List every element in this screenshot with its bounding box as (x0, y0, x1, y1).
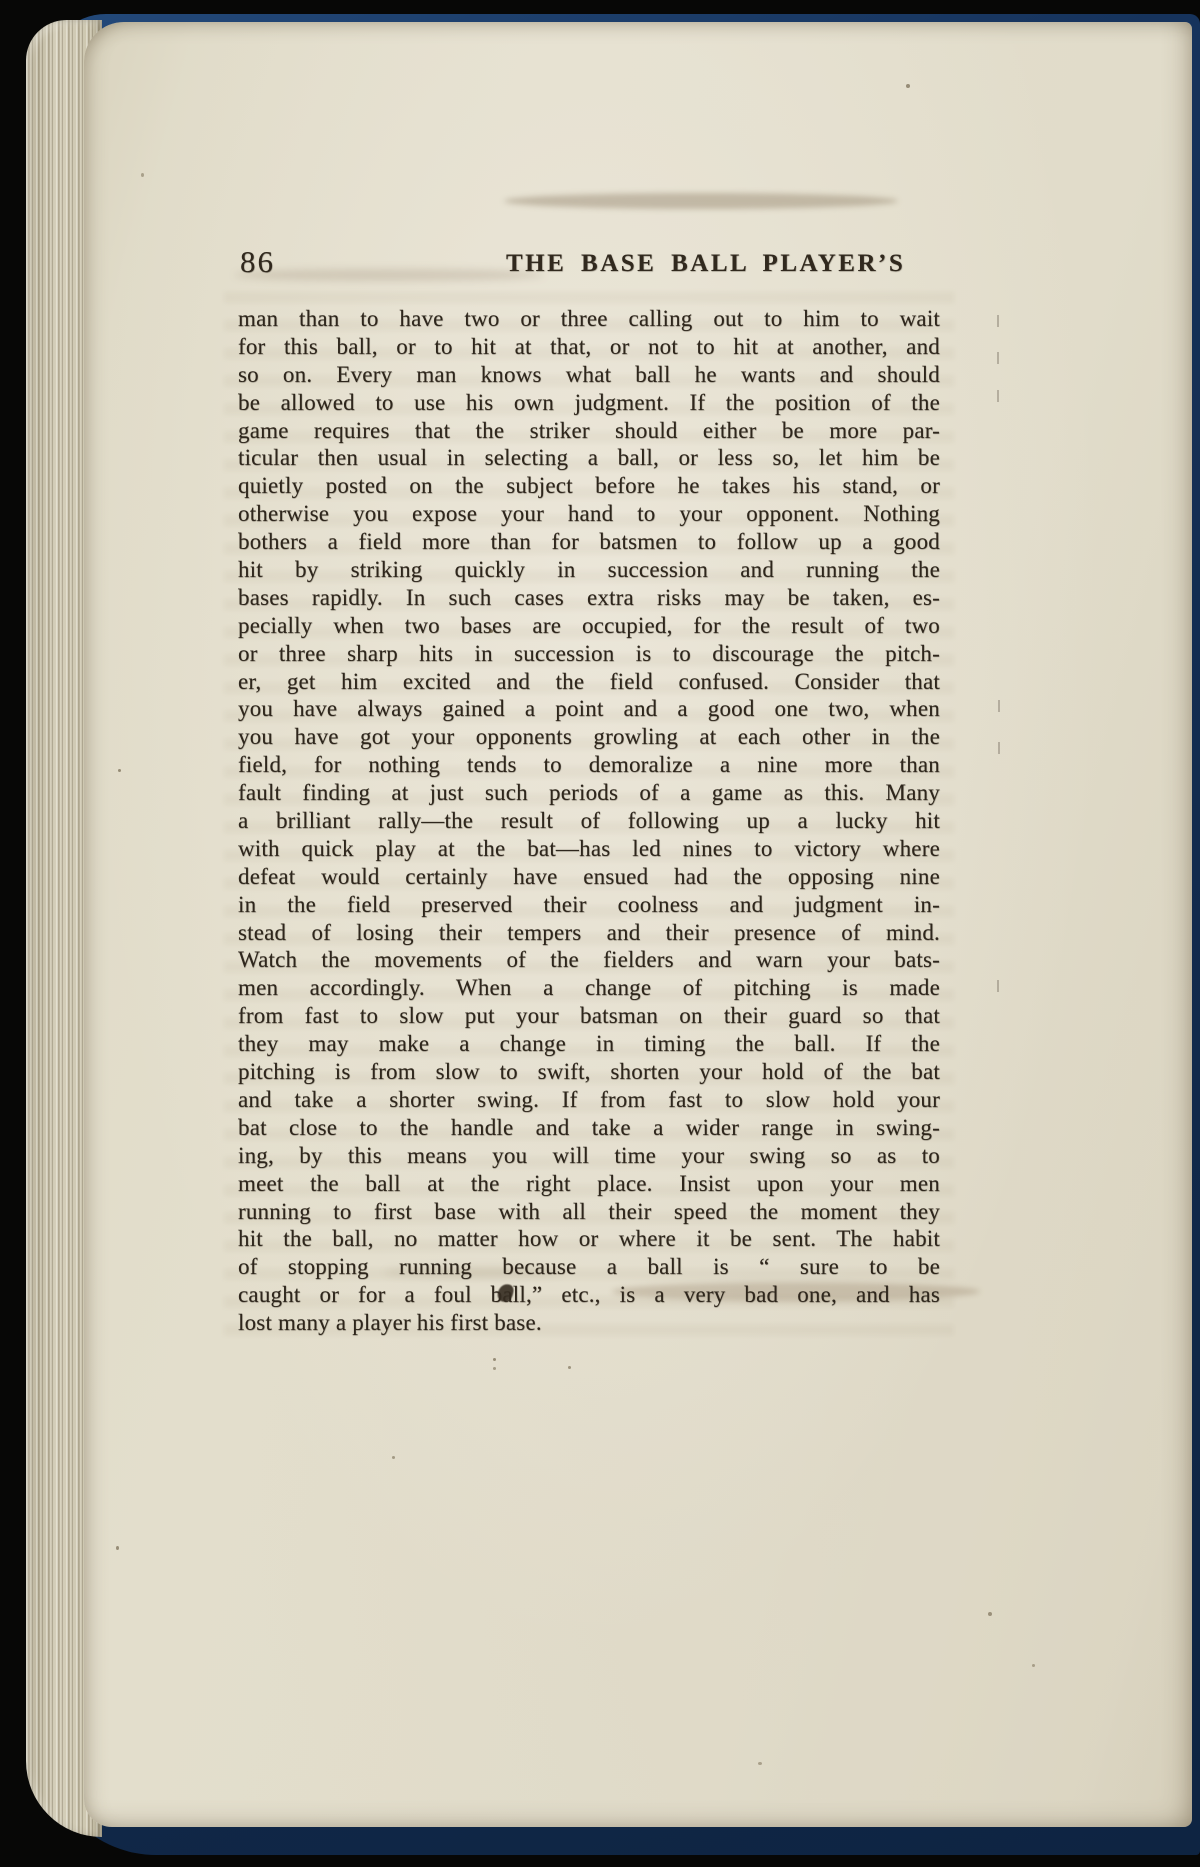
text-line: running to first base with all their spe… (238, 1198, 940, 1226)
margin-mark (997, 980, 999, 992)
smudge (504, 193, 898, 209)
text-line: game requires that the striker should ei… (238, 417, 940, 445)
text-line: bothers a field more than for batsmen to… (238, 528, 940, 556)
text-line: so on. Every man knows what ball he want… (238, 361, 940, 389)
text-line: pecially when two bases are occupied, fo… (238, 612, 940, 640)
paper-speck (493, 1367, 496, 1370)
text-line: of stopping running because a ball is “ … (238, 1253, 940, 1281)
paper-speck (392, 1456, 395, 1459)
text-line: and take a shorter swing. If from fast t… (238, 1086, 940, 1114)
text-line: er, get him excited and the field confus… (238, 668, 940, 696)
text-line: you have always gained a point and a goo… (238, 695, 940, 723)
text-line: in the field preserved their coolness an… (238, 891, 940, 919)
paper-speck (758, 1762, 762, 1765)
text-line: pitching is from slow to swift, shorten … (238, 1058, 940, 1086)
text-line: hit by striking quickly in succession an… (238, 556, 940, 584)
book-photo: 86 THE BASE BALL PLAYER’S man than to ha… (0, 0, 1200, 1867)
text-line: fault finding at just such periods of a … (238, 779, 940, 807)
paper-speck (118, 769, 121, 772)
text-line: meet the ball at the right place. Insist… (238, 1170, 940, 1198)
text-line: from fast to slow put your batsman on th… (238, 1002, 940, 1030)
text-line: a brilliant rally—the result of followin… (238, 807, 940, 835)
text-line: hit the ball, no matter how or where it … (238, 1225, 940, 1253)
paper-speck (489, 629, 493, 633)
margin-mark (997, 390, 999, 402)
text-line: be allowed to use his own judgment. If t… (238, 389, 940, 417)
paper-speck (568, 1366, 571, 1369)
paper-speck (906, 84, 910, 88)
text-line: for this ball, or to hit at that, or not… (238, 333, 940, 361)
text-line: quietly posted on the subject before he … (238, 472, 940, 500)
text-line: you have got your opponents growling at … (238, 723, 940, 751)
book-page: 86 THE BASE BALL PLAYER’S man than to ha… (84, 22, 1192, 1827)
paper-speck (1032, 1664, 1035, 1667)
text-line: men accordingly. When a change of pitchi… (238, 974, 940, 1002)
margin-mark (998, 700, 1000, 712)
text-line: Watch the movements of the fielders and … (238, 946, 940, 974)
text-line: ticular then usual in selecting a ball, … (238, 444, 940, 472)
margin-mark (998, 742, 1000, 754)
page-number: 86 (240, 244, 275, 280)
paper-speck (988, 1612, 992, 1616)
text-line: defeat would certainly have ensued had t… (238, 863, 940, 891)
text-line: man than to have two or three calling ou… (238, 305, 940, 333)
text-line: otherwise you expose your hand to your o… (238, 500, 940, 528)
text-line: caught or for a foul ball,” etc., is a v… (238, 1281, 940, 1309)
margin-mark (997, 352, 999, 364)
margin-mark (997, 315, 999, 327)
running-title: THE BASE BALL PLAYER’S (506, 250, 905, 278)
page-content: 86 THE BASE BALL PLAYER’S man than to ha… (238, 222, 940, 292)
paper-speck (493, 1358, 496, 1361)
text-line: bat close to the handle and take a wider… (238, 1114, 940, 1142)
body-text: man than to have two or three calling ou… (238, 305, 940, 1337)
text-line: stead of losing their tempers and their … (238, 919, 940, 947)
text-line: they may make a change in timing the bal… (238, 1030, 940, 1058)
text-line: lost many a player his first base. (238, 1309, 940, 1337)
text-line: or three sharp hits in succession is to … (238, 640, 940, 668)
text-line: ing, by this means you will time your sw… (238, 1142, 940, 1170)
paper-speck (116, 1546, 119, 1550)
text-line: with quick play at the bat—has led nines… (238, 835, 940, 863)
text-line: field, for nothing tends to demoralize a… (238, 751, 940, 779)
text-line: bases rapidly. In such cases extra risks… (238, 584, 940, 612)
page-header: 86 THE BASE BALL PLAYER’S (238, 222, 940, 292)
paper-speck (141, 173, 144, 177)
